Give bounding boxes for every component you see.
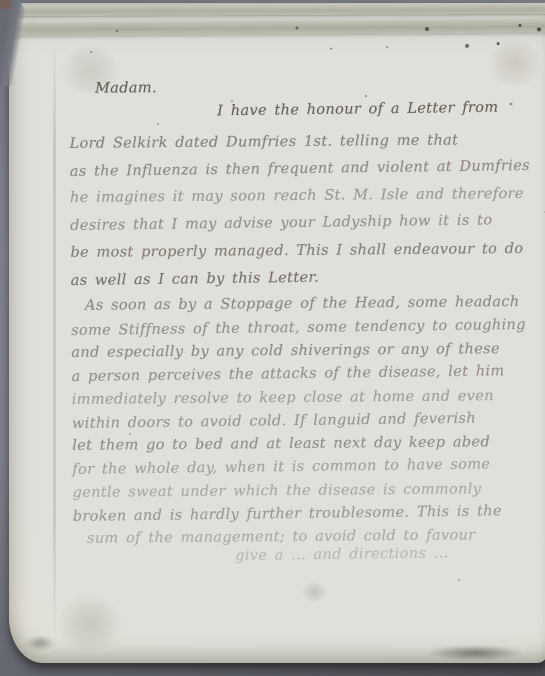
letter-line: I have the honour of a Letter from	[217, 99, 545, 127]
stain	[57, 593, 123, 655]
letter-line: desires that I may advise your Ladyship …	[70, 212, 545, 242]
letter-line: be most properly managed. This I shall e…	[70, 241, 545, 268]
vertical-fold-crease	[53, 37, 56, 649]
letter-line: give a ... and directions ...	[235, 544, 545, 571]
ink-smudge	[427, 645, 523, 661]
letter-line: Lord Selkirk dated Dumfries 1st. telling…	[69, 131, 545, 158]
top-fold-band	[4, 3, 545, 16]
corner-smudge	[25, 635, 55, 651]
letter-text: Madam.I have the honour of a Letter from…	[59, 77, 545, 572]
letter-line: as well as I can by this Letter.	[71, 267, 545, 297]
stain	[301, 581, 327, 603]
letter-line: he imagines it may soon reach St. M. Isl…	[70, 186, 545, 213]
letter-page: Madam.I have the honour of a Letter from…	[9, 3, 545, 663]
manuscript-photograph: Madam.I have the honour of a Letter from…	[0, 0, 545, 676]
letter-line: as the Influenza is then frequent and vi…	[70, 158, 545, 188]
